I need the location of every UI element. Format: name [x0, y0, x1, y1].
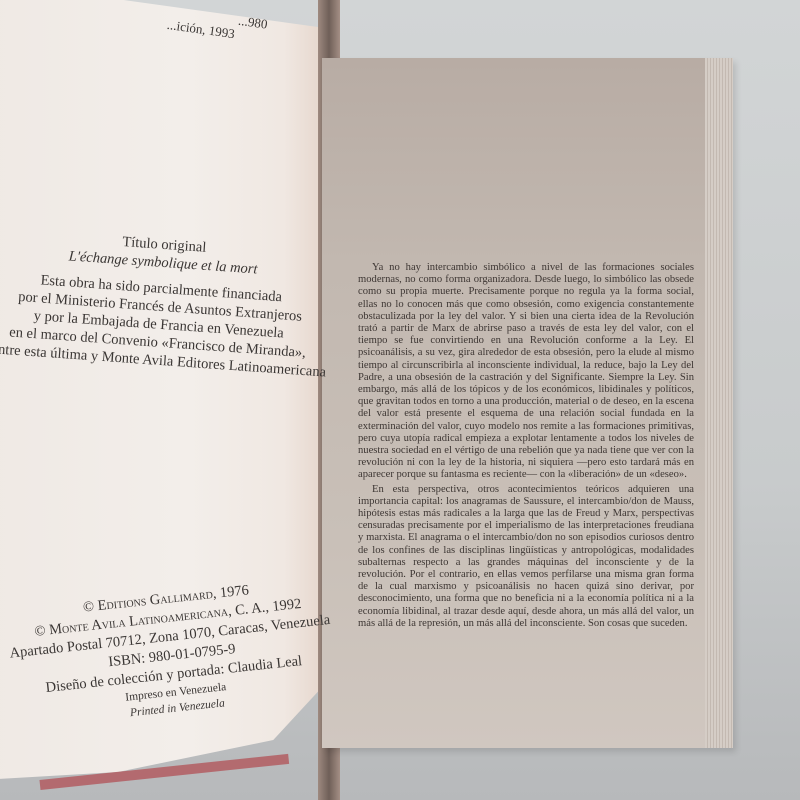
body-text: Ya no hay intercambio simbólico a nivel … [358, 262, 694, 630]
credits-block: Título original L'échange symbolique et … [0, 224, 330, 381]
paragraph: Ya no hay intercambio simbólico a nivel … [358, 262, 694, 482]
page-edges [705, 58, 733, 748]
paragraph: En esta perspectiva, otros acontecimient… [358, 484, 694, 630]
